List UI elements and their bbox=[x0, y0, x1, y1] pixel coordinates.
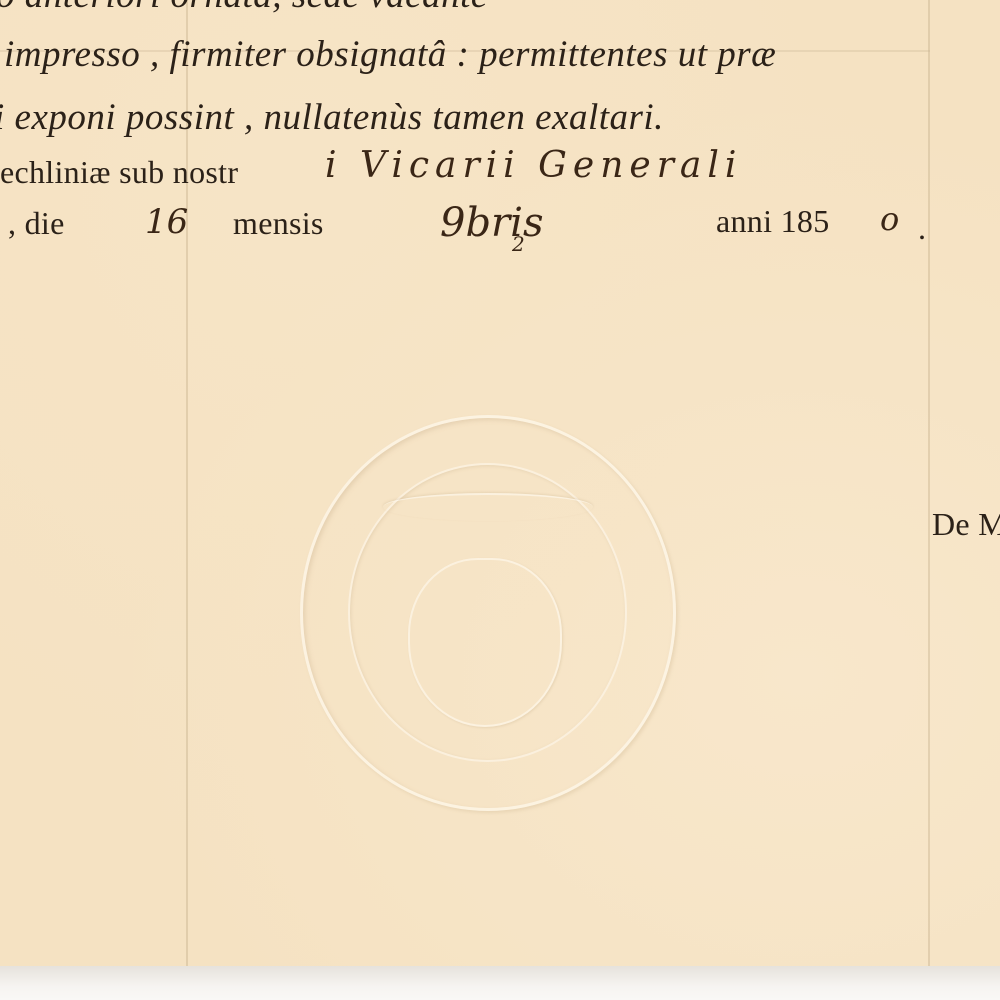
right-column-text: De M bbox=[932, 506, 1000, 543]
handwritten-month: 9bris bbox=[440, 200, 544, 246]
seal-galero-hat-icon bbox=[383, 493, 593, 521]
printed-text-nostr: echliniæ sub nostr bbox=[0, 154, 238, 191]
text-line-partial: o anteriori ornata, sede vacante bbox=[0, 0, 488, 17]
document-paper: o anteriori ornata, sede vacante impress… bbox=[0, 0, 1000, 966]
handwritten-day: 16 bbox=[145, 202, 188, 242]
paper-fold-left bbox=[186, 0, 188, 966]
printed-text-anni: anni 185 bbox=[716, 203, 830, 240]
text-line-2: i exponi possint , nullatenùs tamen exal… bbox=[0, 96, 664, 139]
embossed-seal-icon bbox=[300, 415, 676, 811]
seal-coat-of-arms-icon bbox=[408, 558, 562, 727]
handwritten-month-subscript: 2 bbox=[512, 232, 525, 256]
printed-text-die: , die bbox=[8, 205, 65, 242]
paper-fold-right bbox=[928, 0, 930, 966]
handwritten-year-digit: o bbox=[880, 200, 899, 238]
text-line-1: impresso , firmiter obsignatâ : permitte… bbox=[4, 33, 776, 76]
background-surface bbox=[0, 966, 1000, 1000]
period-mark: . bbox=[918, 210, 926, 247]
handwritten-vicarii-generali: i Vicarii Generali bbox=[325, 145, 742, 186]
printed-text-mensis: mensis bbox=[233, 205, 324, 242]
